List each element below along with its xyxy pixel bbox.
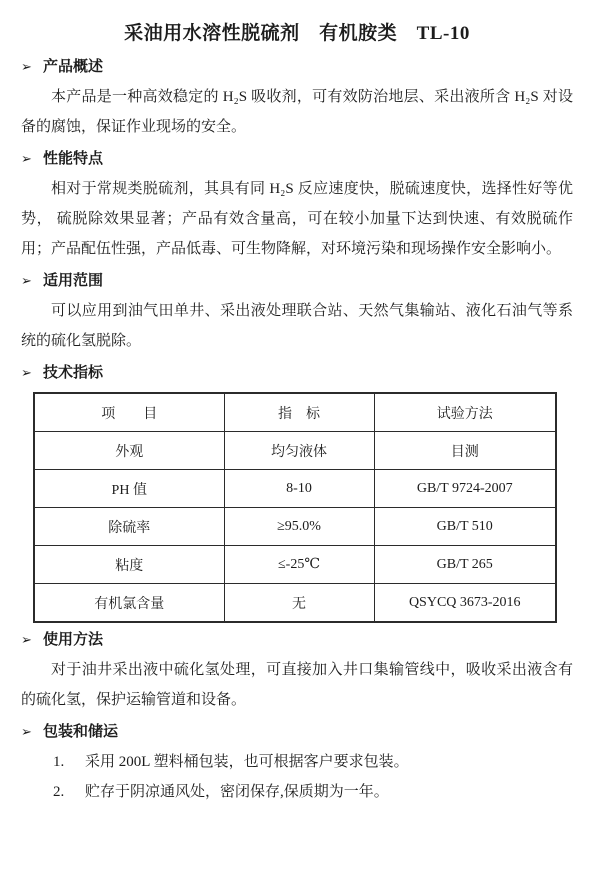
arrow-bullet-icon: ➢ (21, 52, 43, 82)
cell-index: 均匀液体 (224, 432, 374, 470)
table-row-appearance: 外观 均匀液体 目测 (34, 432, 556, 470)
arrow-bullet-icon: ➢ (21, 266, 43, 296)
cell-index: ≤-25℃ (224, 546, 374, 584)
section-heading-label: 包装和储运 (43, 717, 118, 747)
section-heading-label: 技术指标 (43, 358, 103, 388)
table-row-ph: PH 值 8-10 GB/T 9724-2007 (34, 470, 556, 508)
spec-table-header-item: 项 目 (34, 393, 224, 432)
table-row-viscosity: 粘度 ≤-25℃ GB/T 265 (34, 546, 556, 584)
arrow-bullet-icon: ➢ (21, 717, 43, 747)
list-item: 2. 贮存于阴凉通风处，密闭保存,保质期为一年。 (21, 777, 573, 807)
cell-item: 有机氯含量 (34, 584, 224, 623)
list-item-number: 2. (53, 777, 85, 807)
spec-table-header-row: 项 目 指 标 试验方法 (34, 393, 556, 432)
arrow-bullet-icon: ➢ (21, 358, 43, 388)
section-paragraph-performance: 相对于常规类脱硫剂，其具有同 H₂S 反应速度快，脱硫速度快，选择性好等优势， … (21, 174, 573, 264)
cell-item: 粘度 (34, 546, 224, 584)
section-heading-packaging: ➢ 包装和储运 (21, 717, 573, 747)
packaging-list: 1. 采用 200L 塑料桶包装，也可根据客户要求包装。 2. 贮存于阴凉通风处… (21, 747, 573, 807)
cell-item: PH 值 (34, 470, 224, 508)
cell-index: ≥95.0% (224, 508, 374, 546)
cell-item: 外观 (34, 432, 224, 470)
spec-table: 项 目 指 标 试验方法 外观 均匀液体 目测 PH 值 8-10 GB/T 9… (33, 392, 557, 623)
arrow-bullet-icon: ➢ (21, 625, 43, 655)
section-heading-usage: ➢ 使用方法 (21, 625, 573, 655)
section-heading-label: 产品概述 (43, 52, 103, 82)
list-item-text: 采用 200L 塑料桶包装，也可根据客户要求包装。 (85, 747, 573, 777)
table-row-organic-chlorine: 有机氯含量 无 QSYCQ 3673-2016 (34, 584, 556, 623)
table-row-desulfurization-rate: 除硫率 ≥95.0% GB/T 510 (34, 508, 556, 546)
section-paragraph-usage: 对于油井采出液中硫化氢处理，可直接加入井口集输管线中，吸收采出液含有的硫化氢，保… (21, 655, 573, 715)
document-title: 采油用水溶性脱硫剂 有机胺类 TL-10 (21, 20, 573, 48)
section-heading-label: 适用范围 (43, 266, 103, 296)
section-heading-label: 使用方法 (43, 625, 103, 655)
cell-index: 无 (224, 584, 374, 623)
cell-item: 除硫率 (34, 508, 224, 546)
section-paragraph-product-overview: 本产品是一种高效稳定的 H₂S 吸收剂，可有效防治地层、采出液所含 H₂S 对设… (21, 82, 573, 142)
spec-table-header-method: 试验方法 (374, 393, 556, 432)
cell-method: 目测 (374, 432, 556, 470)
list-item: 1. 采用 200L 塑料桶包装，也可根据客户要求包装。 (21, 747, 573, 777)
section-heading-label: 性能特点 (43, 144, 103, 174)
cell-method: GB/T 265 (374, 546, 556, 584)
arrow-bullet-icon: ➢ (21, 144, 43, 174)
cell-method: GB/T 510 (374, 508, 556, 546)
section-heading-product-overview: ➢ 产品概述 (21, 52, 573, 82)
section-heading-specs: ➢ 技术指标 (21, 358, 573, 388)
list-item-number: 1. (53, 747, 85, 777)
list-item-text: 贮存于阴凉通风处，密闭保存,保质期为一年。 (85, 777, 573, 807)
section-heading-performance: ➢ 性能特点 (21, 144, 573, 174)
section-heading-scope: ➢ 适用范围 (21, 266, 573, 296)
cell-method: QSYCQ 3673-2016 (374, 584, 556, 623)
cell-method: GB/T 9724-2007 (374, 470, 556, 508)
spec-table-header-index: 指 标 (224, 393, 374, 432)
cell-index: 8-10 (224, 470, 374, 508)
document-page: 采油用水溶性脱硫剂 有机胺类 TL-10 ➢ 产品概述 本产品是一种高效稳定的 … (0, 0, 594, 872)
section-paragraph-scope: 可以应用到油气田单井、采出液处理联合站、天然气集输站、液化石油气等系统的硫化氢脱… (21, 296, 573, 356)
